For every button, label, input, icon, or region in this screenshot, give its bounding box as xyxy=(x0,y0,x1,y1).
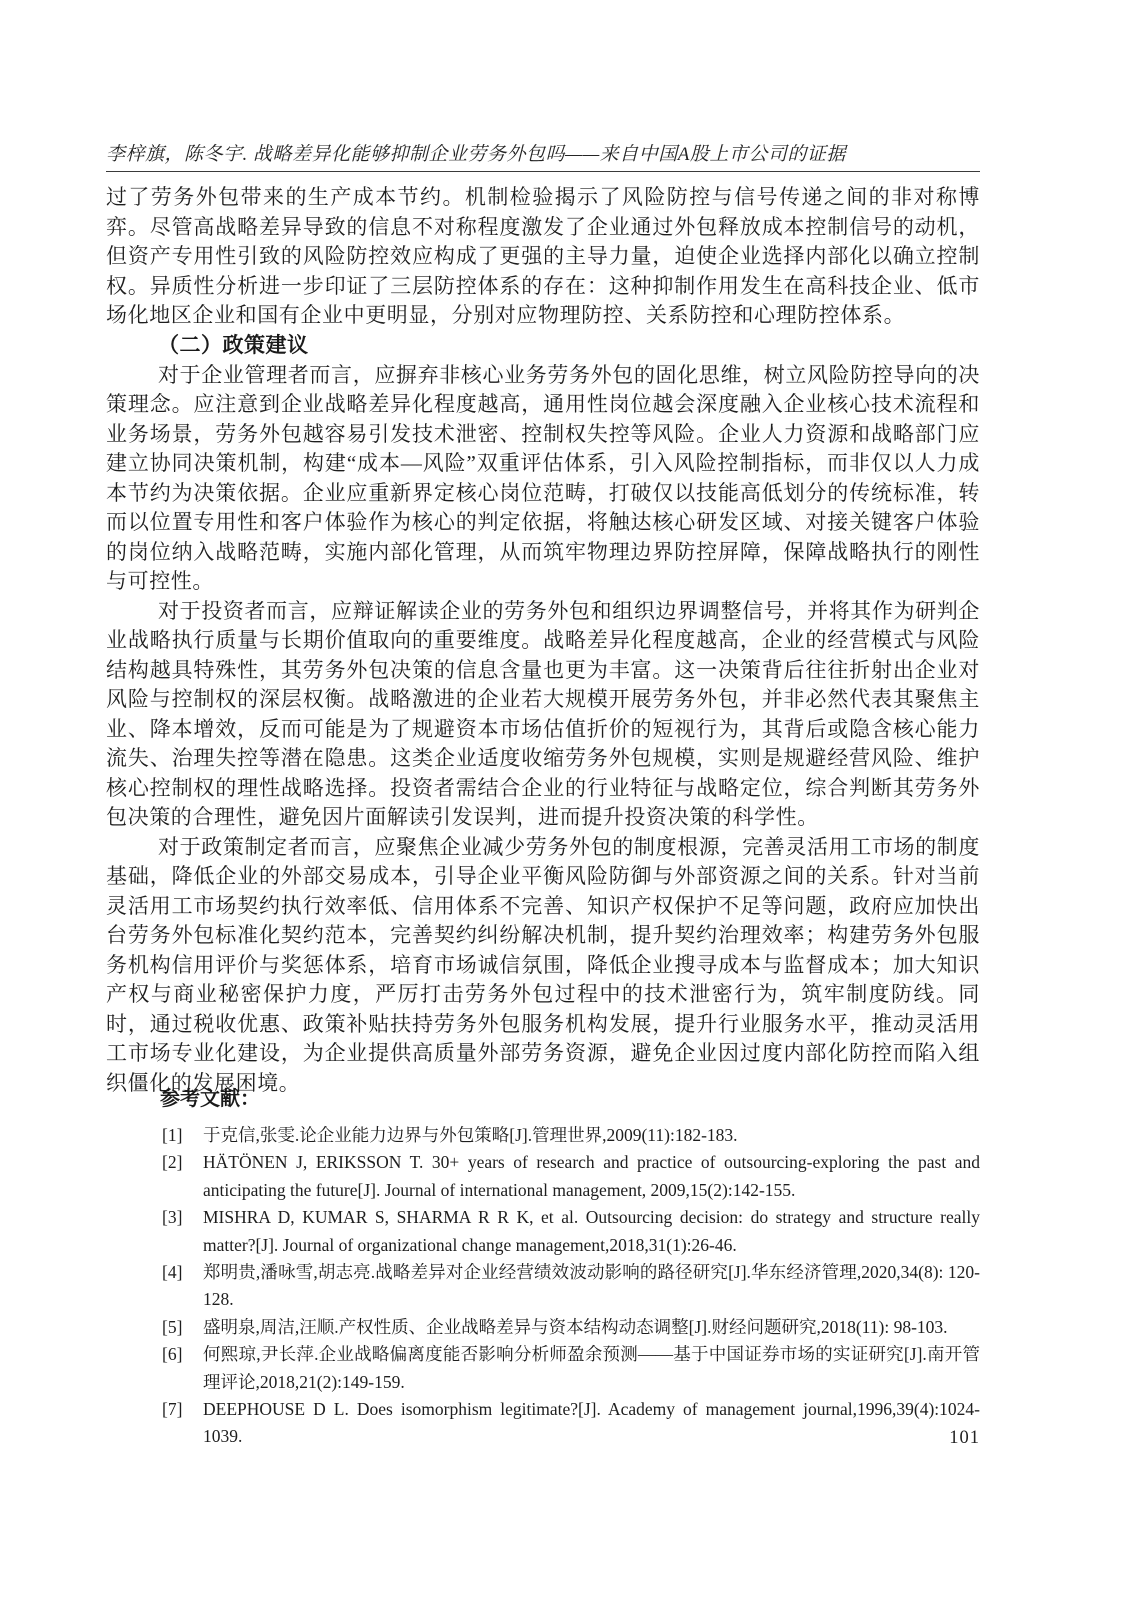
reference-item: [5] 盛明泉,周洁,汪顺.产权性质、企业战略差异与资本结构动态调整[J].财经… xyxy=(106,1314,980,1341)
reference-label: [7] xyxy=(162,1396,182,1423)
reference-item: [6] 何熙琼,尹长萍.企业战略偏离度能否影响分析师盈余预测——基于中国证券市场… xyxy=(106,1341,980,1396)
reference-item: [1] 于克信,张雯.论企业能力边界与外包策略[J].管理世界,2009(11)… xyxy=(106,1122,980,1149)
body-paragraph-investors: 对于投资者而言，应辩证解读企业的劳务外包和组织边界调整信号，并将其作为研判企业战… xyxy=(106,597,980,833)
body-paragraph-continuation: 过了劳务外包带来的生产成本节约。机制检验揭示了风险防控与信号传递之间的非对称博弈… xyxy=(106,183,980,331)
reference-label: [6] xyxy=(162,1341,182,1368)
reference-text: 盛明泉,周洁,汪顺.产权性质、企业战略差异与资本结构动态调整[J].财经问题研究… xyxy=(203,1317,948,1337)
body-paragraph-managers: 对于企业管理者而言，应摒弃非核心业务劳务外包的固化思维，树立风险防控导向的决策理… xyxy=(106,361,980,597)
reference-label: [1] xyxy=(162,1122,182,1149)
references-heading: 参考文献： xyxy=(106,1085,980,1113)
reference-label: [3] xyxy=(162,1204,182,1231)
paper-page: 李梓旗，陈冬宇. 战略差异化能够抑制企业劳务外包吗——来自中国A股上市公司的证据… xyxy=(0,0,1140,1600)
reference-text: 于克信,张雯.论企业能力边界与外包策略[J].管理世界,2009(11):182… xyxy=(203,1125,738,1145)
reference-label: [4] xyxy=(162,1259,182,1286)
body-paragraph-policymakers: 对于政策制定者而言，应聚焦企业减少劳务外包的制度根源，完善灵活用工市场的制度基础… xyxy=(106,833,980,1099)
section-heading-policy-suggestions: （二）政策建议 xyxy=(106,331,980,361)
reference-text: 郑明贵,潘咏雪,胡志亮.战略差异对企业经营绩效波动影响的路径研究[J].华东经济… xyxy=(203,1262,980,1309)
reference-item: [3] MISHRA D, KUMAR S, SHARMA R R K, et … xyxy=(106,1204,980,1259)
reference-label: [2] xyxy=(162,1149,182,1176)
reference-item: [4] 郑明贵,潘咏雪,胡志亮.战略差异对企业经营绩效波动影响的路径研究[J].… xyxy=(106,1259,980,1314)
running-header: 李梓旗，陈冬宇. 战略差异化能够抑制企业劳务外包吗——来自中国A股上市公司的证据 xyxy=(106,139,980,166)
header-rule xyxy=(106,171,980,172)
reference-label: [5] xyxy=(162,1314,182,1341)
article-body: 过了劳务外包带来的生产成本节约。机制检验揭示了风险防控与信号传递之间的非对称博弈… xyxy=(106,183,980,1098)
reference-item: [2] HÄTÖNEN J, ERIKSSON T. 30+ years of … xyxy=(106,1149,980,1204)
reference-text: HÄTÖNEN J, ERIKSSON T. 30+ years of rese… xyxy=(203,1152,980,1199)
reference-text: MISHRA D, KUMAR S, SHARMA R R K, et al. … xyxy=(203,1207,980,1254)
references-section: 参考文献： [1] 于克信,张雯.论企业能力边界与外包策略[J].管理世界,20… xyxy=(106,1085,980,1451)
page-number: 101 xyxy=(106,1428,980,1449)
reference-text: 何熙琼,尹长萍.企业战略偏离度能否影响分析师盈余预测——基于中国证券市场的实证研… xyxy=(203,1344,980,1391)
